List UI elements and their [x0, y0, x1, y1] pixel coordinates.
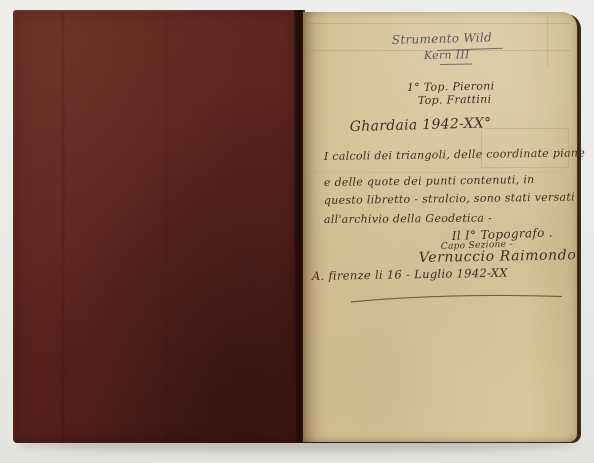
front-cover — [13, 10, 297, 443]
handwriting-operator-1: 1° Top. Pieroni — [407, 79, 495, 94]
handwriting-signature-name: Vernuccio Raimondo — [419, 247, 577, 266]
handwriting-body-line-4: all'archivio della Geodetica - — [324, 212, 492, 226]
cover-crease — [165, 12, 167, 441]
cover-crease — [62, 12, 64, 441]
scanned-notebook: Strumento Wild Kern III 1° Top. Pieroni … — [0, 0, 594, 463]
handwriting-serial: Kern III — [424, 48, 470, 62]
faint-rule — [309, 23, 571, 24]
hand-drawn-rule — [349, 293, 565, 305]
handwriting-instrument: Strumento Wild — [392, 30, 493, 47]
handwriting-operator-2: Top. Frattini — [418, 93, 492, 107]
faint-rule — [547, 16, 548, 68]
